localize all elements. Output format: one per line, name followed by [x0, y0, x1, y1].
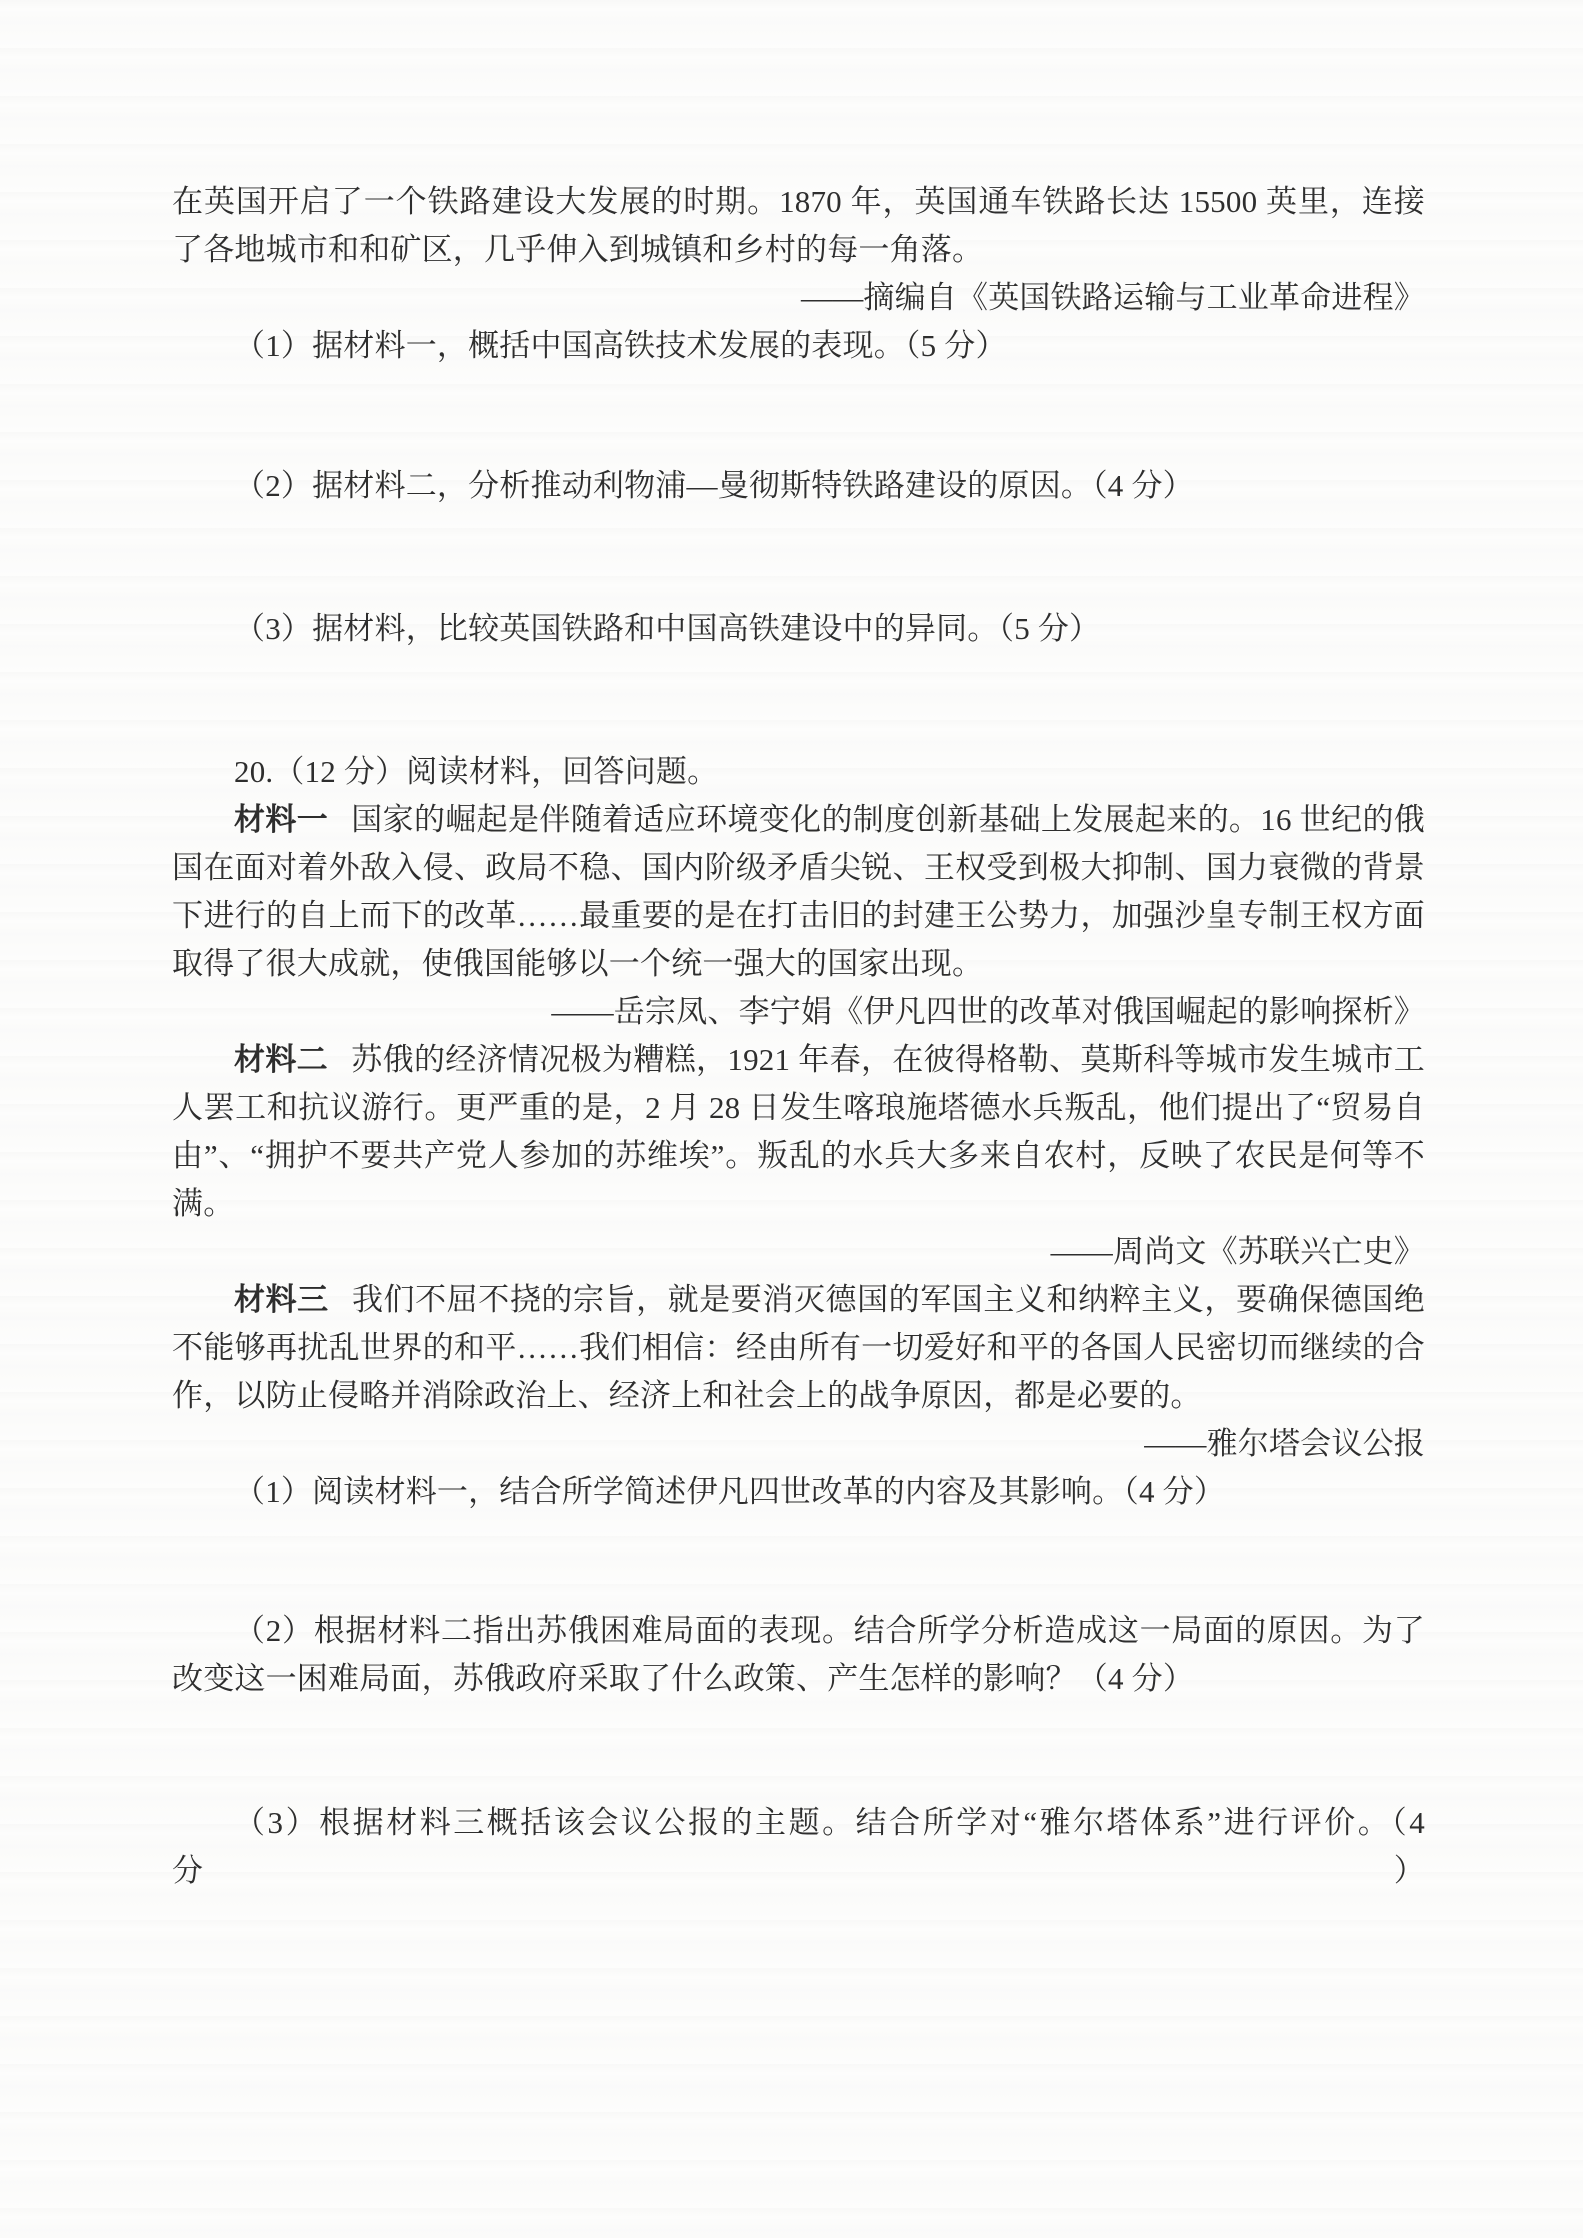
q20-part3-question-line1: （3）根据材料三概括该会议公报的主题。结合所学对“雅尔塔体系”进行评价。（4: [172, 1799, 1425, 1847]
q20-part1-question: （1）阅读材料一，结合所学简述伊凡四世改革的内容及其影响。（4 分）: [172, 1468, 1425, 1516]
q20-material-2-source-citation: ——周尚文《苏联兴亡史》: [172, 1228, 1425, 1276]
exam-content: 在英国开启了一个铁路建设大发展的时期。1870 年，英国通车铁路长达 15500…: [172, 178, 1425, 1895]
q19-part3-question: （3）据材料，比较英国铁路和中国高铁建设中的异同。（5 分）: [172, 605, 1425, 653]
q20-material-1-source-citation: ——岳宗凤、李宁娟《伊凡四世的改革对俄国崛起的影响探析》: [172, 988, 1425, 1036]
q20-part2-question: （2）根据材料二指出苏俄困难局面的表现。结合所学分析造成这一局面的原因。为了改变…: [172, 1607, 1425, 1703]
q20-part3-question-line2: 分 ）: [172, 1847, 1425, 1895]
q20-header: 20.（12 分）阅读材料，回答问题。: [172, 748, 1425, 796]
q19-material-continuation-paragraph: 在英国开启了一个铁路建设大发展的时期。1870 年，英国通车铁路长达 15500…: [172, 178, 1425, 274]
exam-page: 在英国开启了一个铁路建设大发展的时期。1870 年，英国通车铁路长达 15500…: [0, 0, 1583, 2238]
q20-material-3-source-citation: ——雅尔塔会议公报: [172, 1420, 1425, 1468]
q20-material-1-paragraph: 材料一国家的崛起是伴随着适应环境变化的制度创新基础上发展起来的。16 世纪的俄国…: [172, 796, 1425, 988]
q19-material-source-citation: ——摘编自《英国铁路运输与工业革命进程》: [172, 274, 1425, 322]
material-3-text: 我们不屈不挠的宗旨，就是要消灭德国的军国主义和纳粹主义，要确保德国绝不能够再扰乱…: [172, 1282, 1425, 1413]
material-3-label: 材料三: [234, 1282, 329, 1317]
q20-material-2-paragraph: 材料二苏俄的经济情况极为糟糕，1921 年春，在彼得格勒、莫斯科等城市发生城市工…: [172, 1036, 1425, 1228]
q20-material-3-paragraph: 材料三我们不屈不挠的宗旨，就是要消灭德国的军国主义和纳粹主义，要确保德国绝不能够…: [172, 1276, 1425, 1420]
material-1-text: 国家的崛起是伴随着适应环境变化的制度创新基础上发展起来的。16 世纪的俄国在面对…: [172, 802, 1425, 981]
q19-part2-question: （2）据材料二，分析推动利物浦—曼彻斯特铁路建设的原因。（4 分）: [172, 462, 1425, 510]
q19-part1-question: （1）据材料一，概括中国高铁技术发展的表现。（5 分）: [172, 322, 1425, 370]
q20-part3-closing-paren: ）: [1394, 1847, 1425, 1895]
material-1-label: 材料一: [234, 802, 328, 837]
material-2-label: 材料二: [234, 1042, 328, 1077]
material-2-text: 苏俄的经济情况极为糟糕，1921 年春，在彼得格勒、莫斯科等城市发生城市工人罢工…: [172, 1042, 1425, 1221]
q20-part3-score-char: 分: [172, 1847, 203, 1895]
